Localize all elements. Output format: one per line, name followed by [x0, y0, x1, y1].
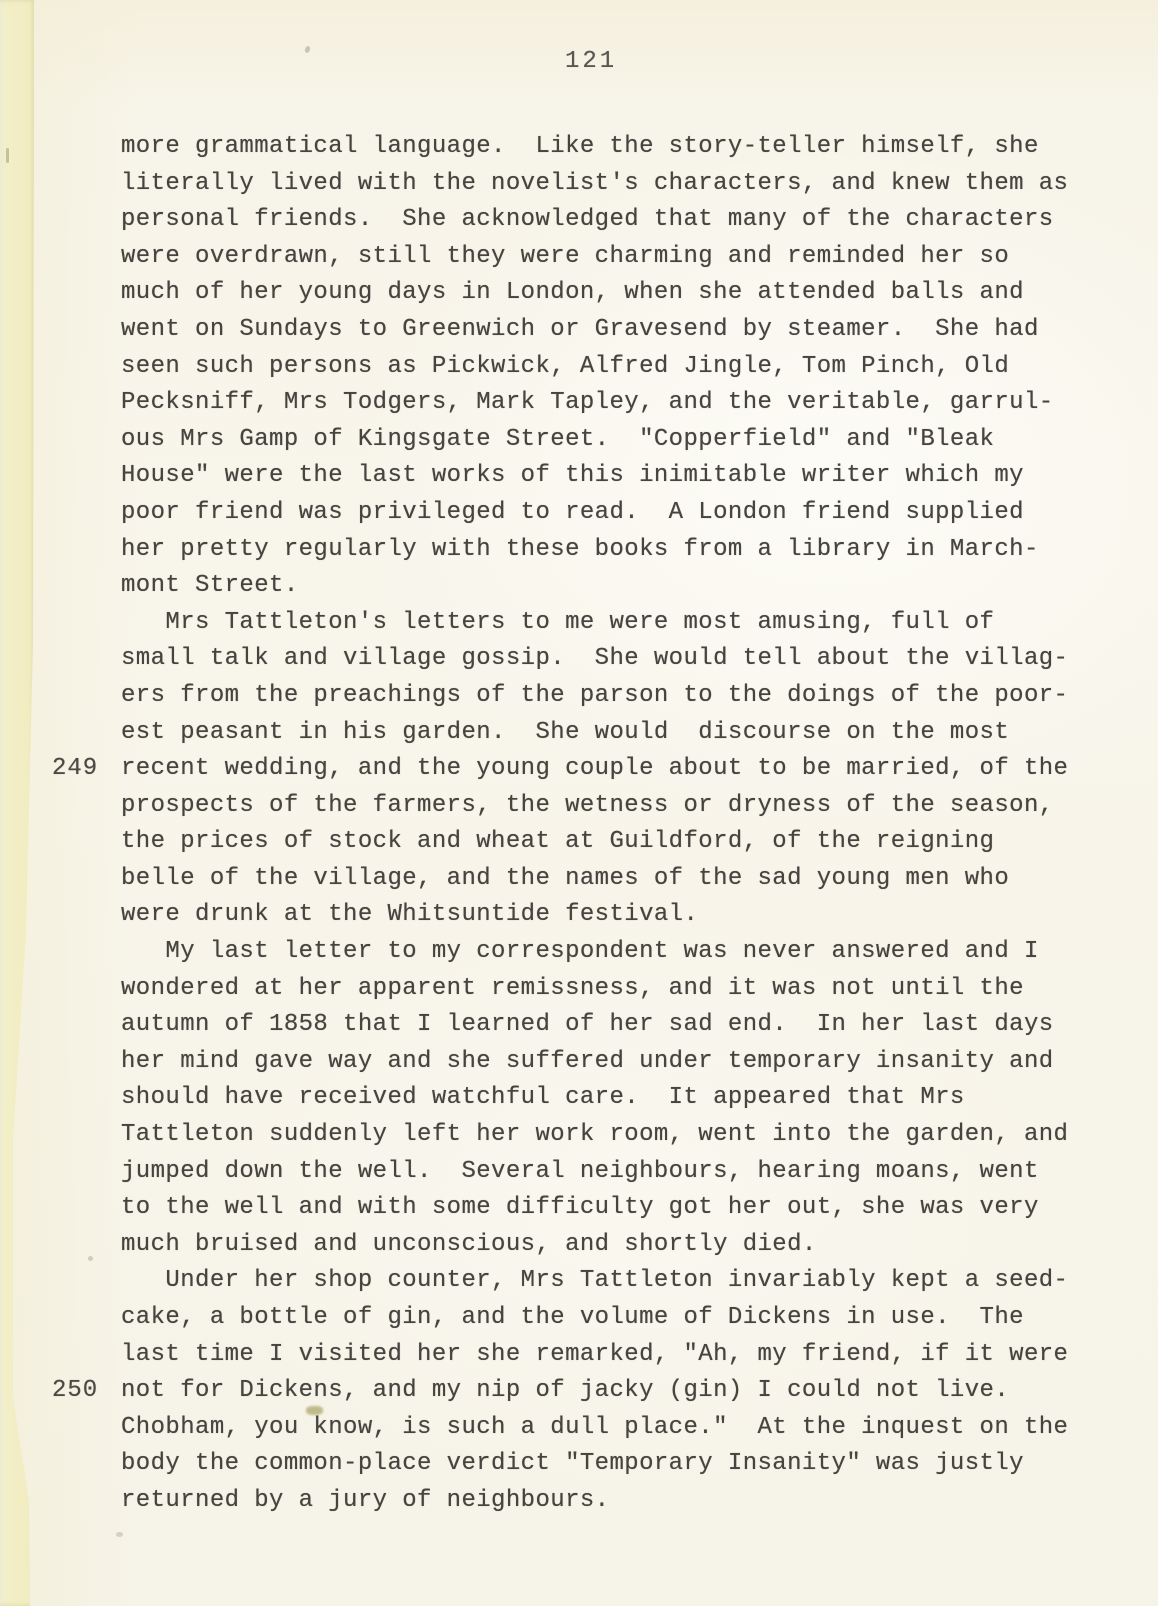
text-line: jumped down the well. Several neighbours… [121, 1154, 1081, 1191]
scanned-document-page: 121 more grammatical language. Like the … [0, 0, 1158, 1606]
text-line: Mrs Tattleton's letters to me were most … [121, 605, 1081, 642]
text-line: seen such persons as Pickwick, Alfred Ji… [121, 349, 1081, 386]
text-line: the prices of stock and wheat at Guildfo… [121, 824, 1081, 861]
text-line: to the well and with some difficulty got… [121, 1190, 1081, 1227]
margin-note: 249 [52, 751, 116, 788]
text-line: belle of the village, and the names of t… [121, 861, 1081, 898]
text-line: literally lived with the novelist's char… [121, 166, 1081, 203]
typewritten-text: more grammatical language. Like the stor… [121, 129, 1081, 1520]
text-line: ous Mrs Gamp of Kingsgate Street. "Coppe… [121, 422, 1081, 459]
text-line: cake, a bottle of gin, and the volume of… [121, 1300, 1081, 1337]
book-edge-strip [0, 0, 36, 1606]
text-line: her pretty regularly with these books fr… [121, 532, 1081, 569]
text-line: returned by a jury of neighbours. [121, 1483, 1081, 1520]
paper-speck [304, 45, 311, 53]
text-line: her mind gave way and she suffered under… [121, 1044, 1081, 1081]
text-line: personal friends. She acknowledged that … [121, 202, 1081, 239]
text-line: should have received watchful care. It a… [121, 1080, 1081, 1117]
page-number: 121 [565, 44, 617, 80]
paper-speck [6, 148, 9, 163]
text-line: mont Street. [121, 568, 1081, 605]
text-line: My last letter to my correspondent was n… [121, 934, 1081, 971]
margin-note: 250 [52, 1373, 116, 1410]
text-line: much bruised and unconscious, and shortl… [121, 1227, 1081, 1264]
text-line: est peasant in his garden. She would dis… [121, 715, 1081, 752]
text-line: were drunk at the Whitsuntide festival. [121, 897, 1081, 934]
text-line: recent wedding, and the young couple abo… [121, 751, 1081, 788]
text-line: Tattleton suddenly left her work room, w… [121, 1117, 1081, 1154]
text-line: much of her young days in London, when s… [121, 275, 1081, 312]
text-line: poor friend was privileged to read. A Lo… [121, 495, 1081, 532]
text-line: prospects of the farmers, the wetness or… [121, 788, 1081, 825]
text-line: Pecksniff, Mrs Todgers, Mark Tapley, and… [121, 385, 1081, 422]
text-line: small talk and village gossip. She would… [121, 641, 1081, 678]
paper-speck [306, 1406, 323, 1415]
text-line: went on Sundays to Greenwich or Gravesen… [121, 312, 1081, 349]
text-line: were overdrawn, still they were charming… [121, 239, 1081, 276]
text-line: body the common-place verdict "Temporary… [121, 1446, 1081, 1483]
text-line: ers from the preachings of the parson to… [121, 678, 1081, 715]
text-line: Under her shop counter, Mrs Tattleton in… [121, 1263, 1081, 1300]
text-line: more grammatical language. Like the stor… [121, 129, 1081, 166]
text-line: last time I visited her she remarked, "A… [121, 1337, 1081, 1374]
text-line: House" were the last works of this inimi… [121, 458, 1081, 495]
text-line: autumn of 1858 that I learned of her sad… [121, 1007, 1081, 1044]
text-line: wondered at her apparent remissness, and… [121, 971, 1081, 1008]
text-line: Chobham, you know, is such a dull place.… [121, 1410, 1081, 1447]
text-line: not for Dickens, and my nip of jacky (gi… [121, 1373, 1081, 1410]
paper-speck [88, 1256, 93, 1261]
paper-speck [116, 1532, 123, 1537]
